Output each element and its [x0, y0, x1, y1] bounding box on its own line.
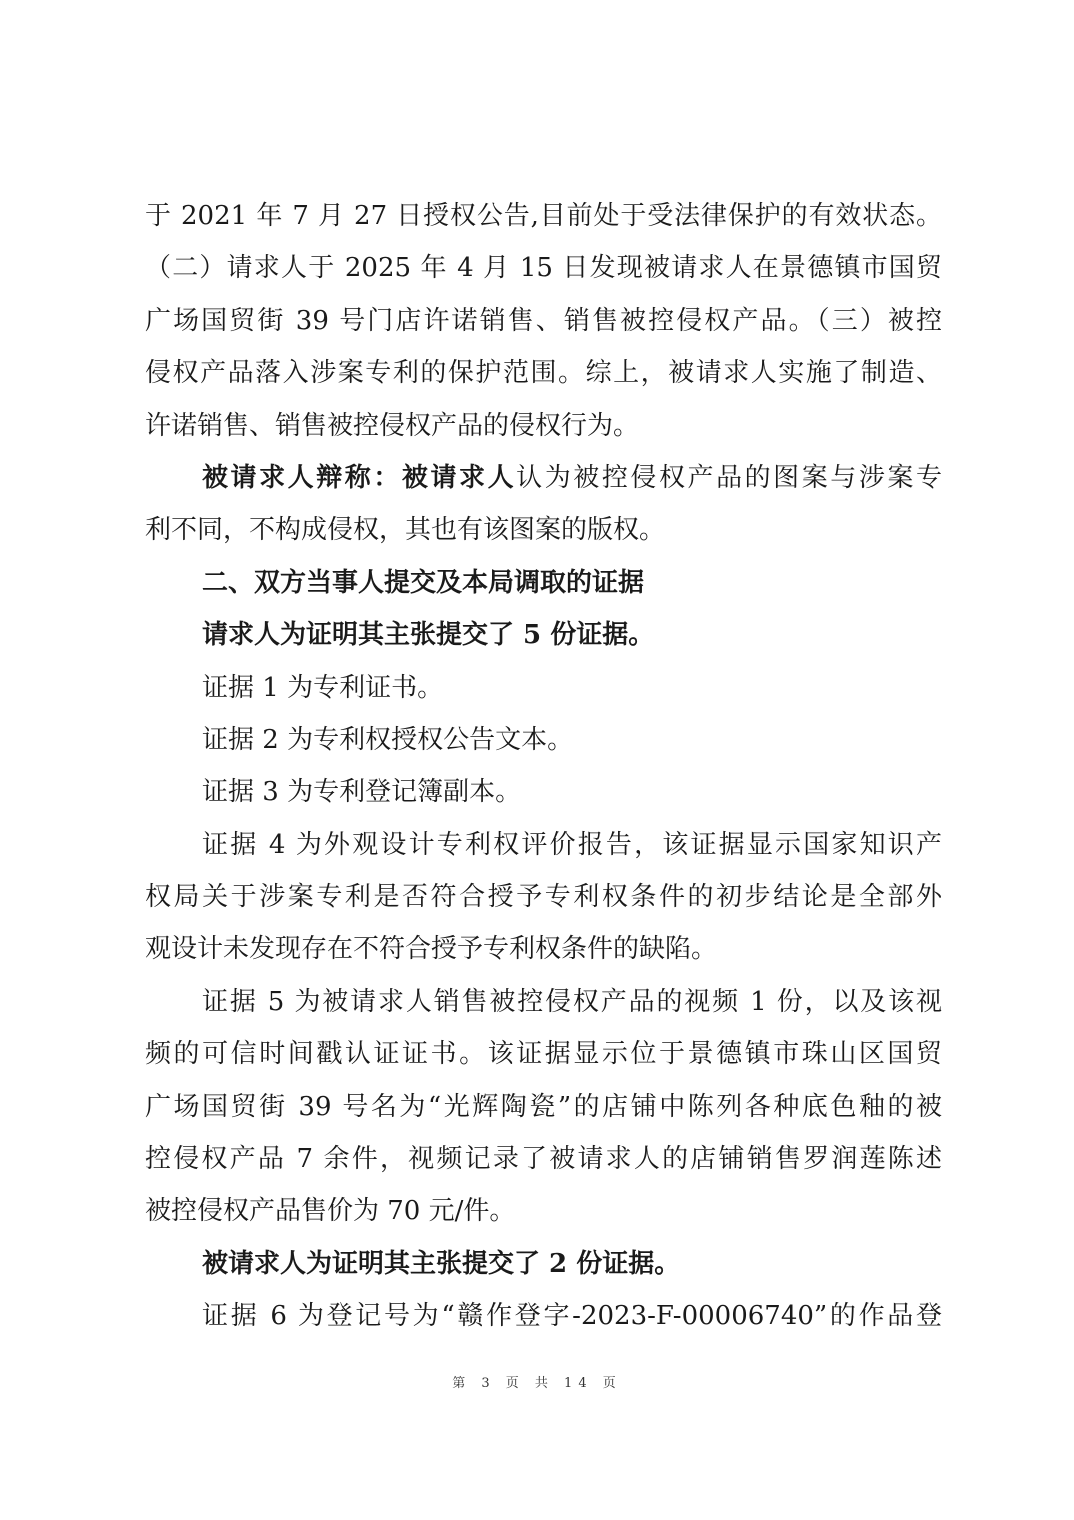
- text-line: 被请求人辩称：被请求人认为被控侵权产品的图案与涉案专: [145, 452, 942, 504]
- paragraph-claim-summary: 于 2021 年 7 月 27 日授权公告,目前处于受法律保护的有效状态。 （二…: [145, 190, 942, 452]
- text-line: 控侵权产品 7 余件，视频记录了被请求人的店铺销售罗润莲陈述: [145, 1133, 942, 1185]
- text-line: 广场国贸街 39 号名为“光辉陶瓷”的店铺中陈列各种底色釉的被: [145, 1081, 942, 1133]
- paragraph-respondent-defense: 被请求人辩称：被请求人认为被控侵权产品的图案与涉案专 利不同，不构成侵权，其也有…: [145, 452, 942, 557]
- evidence-4: 证据 4 为外观设计专利权评价报告，该证据显示国家知识产 权局关于涉案专利是否符…: [145, 819, 942, 976]
- text-line: 观设计未发现存在不符合授予专利权条件的缺陷。: [145, 923, 942, 975]
- respondent-evidence-heading: 被请求人为证明其主张提交了 2 份证据。: [145, 1238, 942, 1290]
- text-line: 许诺销售、销售被控侵权产品的侵权行为。: [145, 400, 942, 452]
- text-line: 证据 4 为外观设计专利权评价报告，该证据显示国家知识产: [145, 819, 942, 871]
- text-line: （二）请求人于 2025 年 4 月 15 日发现被请求人在景德镇市国贸: [145, 242, 942, 294]
- document-body: 于 2021 年 7 月 27 日授权公告,目前处于受法律保护的有效状态。 （二…: [145, 190, 942, 1343]
- text-line: 广场国贸街 39 号门店许诺销售、销售被控侵权产品。（三）被控: [145, 295, 942, 347]
- claimant-evidence-heading: 请求人为证明其主张提交了 5 份证据。: [145, 609, 942, 661]
- defense-label: 被请求人辩称：被请求人: [202, 463, 516, 493]
- evidence-6: 证据 6 为登记号为“赣作登字-2023-F-00006740”的作品登: [145, 1290, 942, 1342]
- evidence-3: 证据 3 为专利登记簿副本。: [145, 766, 942, 818]
- document-page: 于 2021 年 7 月 27 日授权公告,目前处于受法律保护的有效状态。 （二…: [0, 0, 1074, 1520]
- evidence-5: 证据 5 为被请求人销售被控侵权产品的视频 1 份，以及该视 频的可信时间戳认证…: [145, 976, 942, 1238]
- text-line: 被控侵权产品售价为 70 元/件。: [145, 1185, 942, 1237]
- evidence-2: 证据 2 为专利权授权公告文本。: [145, 714, 942, 766]
- text-line: 证据 5 为被请求人销售被控侵权产品的视频 1 份，以及该视: [145, 976, 942, 1028]
- page-number-footer: 第 3 页 共 14 页: [0, 1372, 1074, 1391]
- evidence-1: 证据 1 为专利证书。: [145, 662, 942, 714]
- text-line: 侵权产品落入涉案专利的保护范围。综上，被请求人实施了制造、: [145, 347, 942, 399]
- section-heading: 二、双方当事人提交及本局调取的证据: [145, 557, 942, 609]
- text-line: 权局关于涉案专利是否符合授予专利权条件的初步结论是全部外: [145, 871, 942, 923]
- text-line: 于 2021 年 7 月 27 日授权公告,目前处于受法律保护的有效状态。: [145, 190, 942, 242]
- text-line: 频的可信时间戳认证证书。该证据显示位于景德镇市珠山区国贸: [145, 1028, 942, 1080]
- text-line: 利不同，不构成侵权，其也有该图案的版权。: [145, 504, 942, 556]
- defense-text: 认为被控侵权产品的图案与涉案专: [516, 463, 942, 493]
